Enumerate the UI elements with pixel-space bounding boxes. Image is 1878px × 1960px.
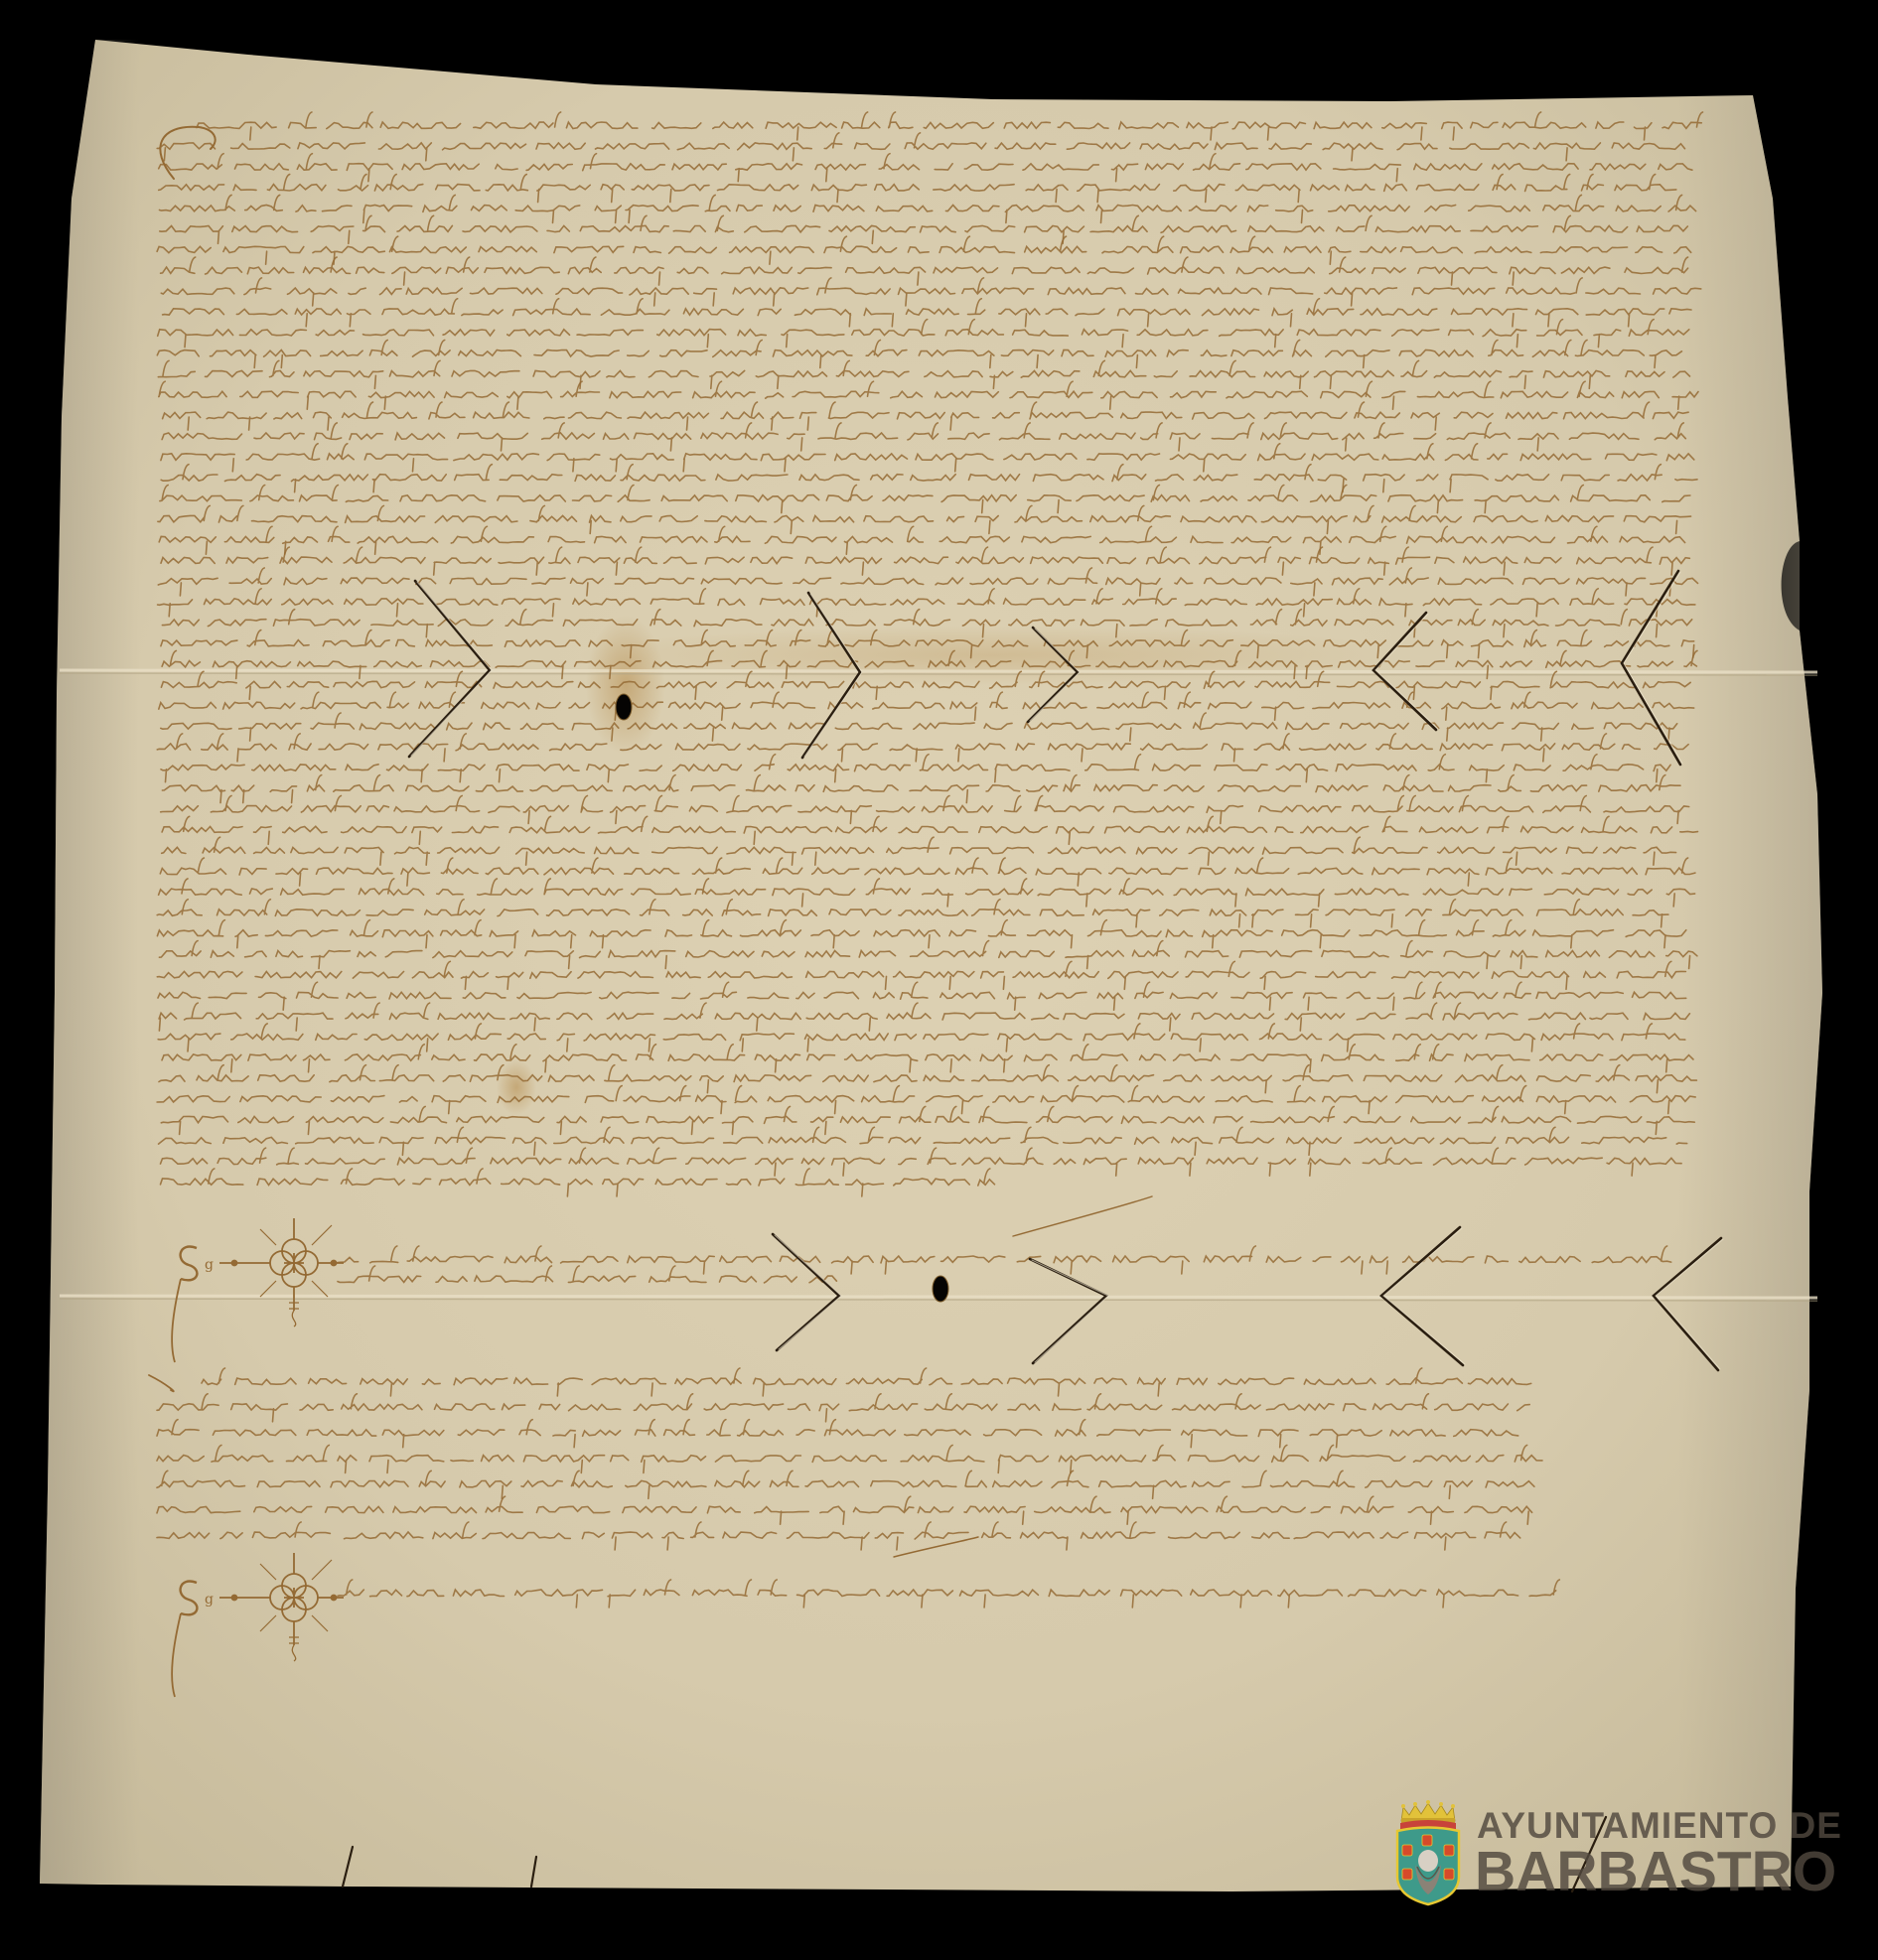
left-edge-shadow	[40, 40, 139, 1884]
parchment-charter: gg	[0, 0, 1878, 1960]
right-edge-shadow	[1678, 95, 1822, 1887]
svg-text:g: g	[205, 1592, 214, 1608]
ink-stain	[497, 1059, 536, 1115]
fold-discoloration	[576, 626, 1410, 685]
manuscript-photo: gg	[0, 0, 1878, 1960]
svg-text:g: g	[205, 1257, 214, 1273]
